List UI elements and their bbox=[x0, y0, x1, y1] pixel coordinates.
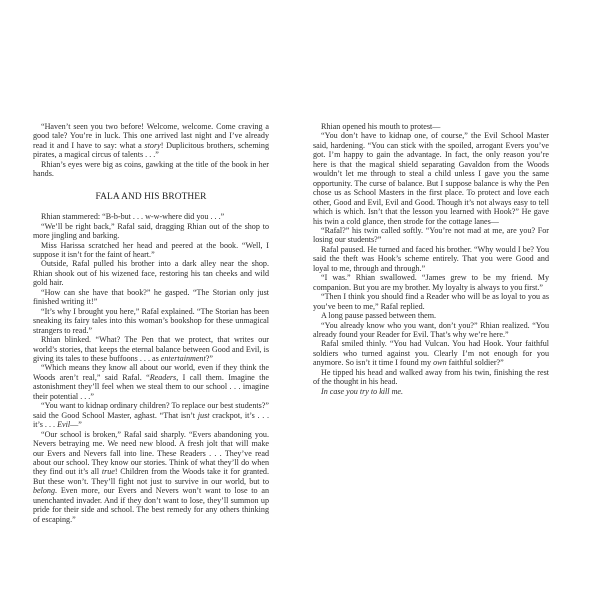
paragraph: Miss Harissa scratched her head and peer… bbox=[33, 241, 269, 260]
paragraph: “We’ll be right back,” Rafal said, dragg… bbox=[33, 222, 269, 241]
paragraph: Rafal paused. He turned and faced his br… bbox=[313, 245, 549, 273]
paragraph: Rhian stammered: “B-b-but . . . w-w-wher… bbox=[33, 212, 269, 221]
paragraph: In case you try to kill me. bbox=[313, 387, 549, 396]
paragraph: “You already know who you want, don’t yo… bbox=[313, 321, 549, 340]
paragraph: Outside, Rafal pulled his brother into a… bbox=[33, 259, 269, 287]
left-page-opening-text: “Haven’t seen you two before! Welcome, w… bbox=[33, 122, 269, 179]
paragraph: Rafal smiled thinly. “You had Vulcan. Yo… bbox=[313, 339, 549, 367]
paragraph: “Haven’t seen you two before! Welcome, w… bbox=[33, 122, 269, 160]
paragraph: “Then I think you should find a Reader w… bbox=[313, 292, 549, 311]
paragraph: “Our school is broken,” Rafal said sharp… bbox=[33, 430, 269, 525]
left-page-body-text: Rhian stammered: “B-b-but . . . w-w-wher… bbox=[33, 212, 269, 524]
paragraph: “Which means they know all about our wor… bbox=[33, 363, 269, 401]
paragraph: “You don’t have to kidnap one, of course… bbox=[313, 131, 549, 226]
right-page-body-text: Rhian opened his mouth to protest—“You d… bbox=[313, 122, 549, 396]
paragraph: Rhian blinked. “What? The Pen that we pr… bbox=[33, 335, 269, 363]
paragraph: “It’s why I brought you here,” Rafal exp… bbox=[33, 307, 269, 335]
paragraph: “I was.” Rhian swallowed. “James grew to… bbox=[313, 273, 549, 292]
book-spread: “Haven’t seen you two before! Welcome, w… bbox=[0, 0, 600, 600]
paragraph: Rhian opened his mouth to protest— bbox=[313, 122, 549, 131]
chapter-title: FALA AND HIS BROTHER bbox=[33, 193, 269, 202]
paragraph: Rhian’s eyes were big as coins, gawking … bbox=[33, 160, 269, 179]
paragraph: A long pause passed between them. bbox=[313, 311, 549, 320]
left-page: “Haven’t seen you two before! Welcome, w… bbox=[33, 122, 269, 524]
paragraph: “You want to kidnap ordinary children? T… bbox=[33, 401, 269, 429]
right-page: Rhian opened his mouth to protest—“You d… bbox=[313, 122, 549, 396]
paragraph: “Rafal?” his twin called softly. “You’re… bbox=[313, 226, 549, 245]
paragraph: “How can she have that book?” he gasped.… bbox=[33, 288, 269, 307]
paragraph: He tipped his head and walked away from … bbox=[313, 368, 549, 387]
